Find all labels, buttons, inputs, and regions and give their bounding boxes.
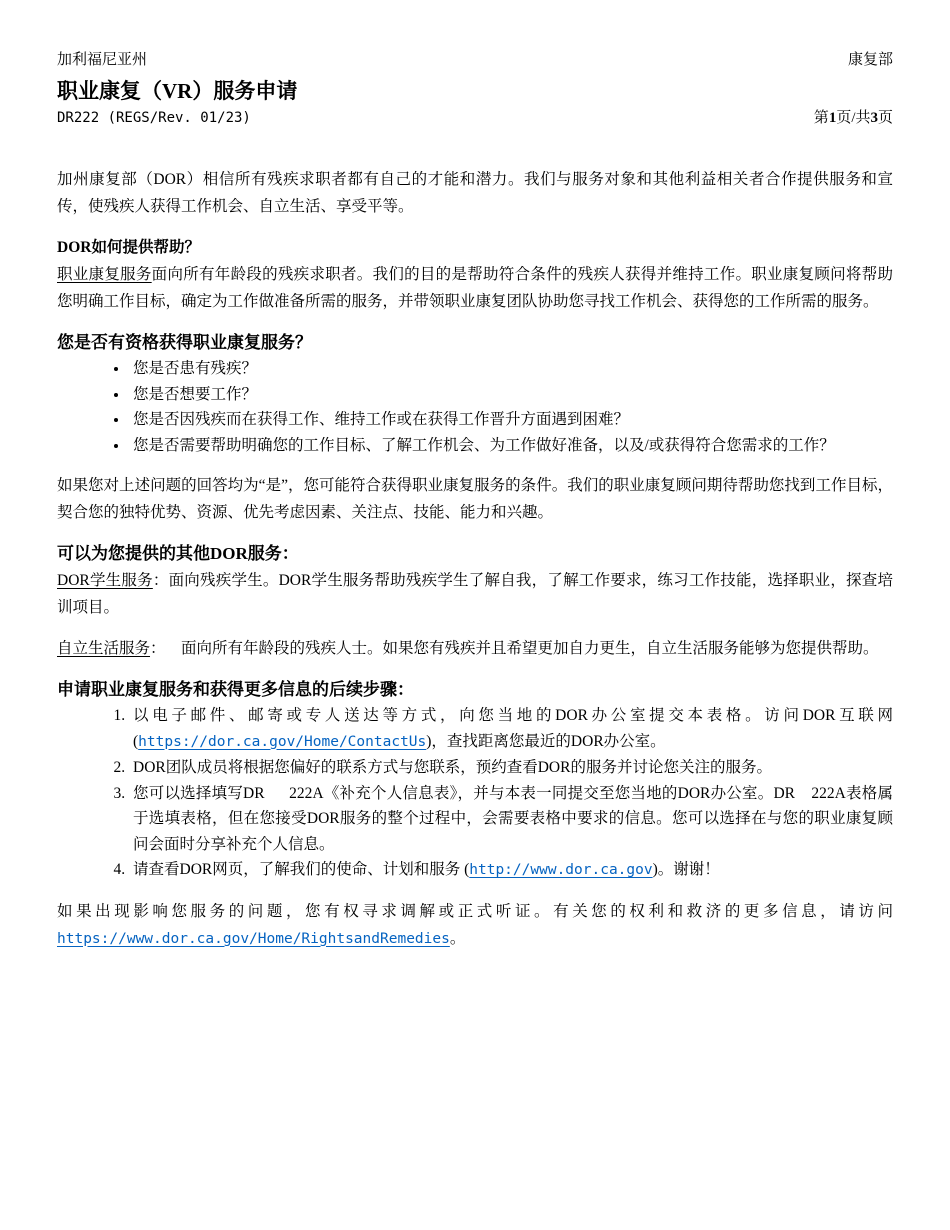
section-heading-next-steps: 申请职业康复服务和获得更多信息的后续步骤： [57, 676, 893, 703]
page-number: 第1页/共3页 [814, 108, 893, 128]
step1-text-post: )，查找距离您最近的DOR办公室。 [426, 733, 665, 750]
page-number-middle: 页/共 [836, 110, 870, 126]
header-top-row: 加利福尼亚州 康复部 [57, 50, 893, 70]
vr-services-underlined-term: 职业康复服务 [57, 266, 152, 283]
document-header: 加利福尼亚州 康复部 职业康复（VR）服务申请 DR222 (REGS/Rev.… [57, 50, 893, 128]
eligibility-note-paragraph: 如果您对上述问题的回答均为“是”，您可能符合获得职业康复服务的条件。我们的职业康… [57, 472, 893, 526]
list-item: 您是否患有残疾？ [129, 356, 893, 382]
contact-us-link[interactable]: https://dor.ca.gov/Home/ContactUs [138, 734, 426, 750]
document-page: 加利福尼亚州 康复部 职业康复（VR）服务申请 DR222 (REGS/Rev.… [0, 0, 950, 1230]
independent-living-colon: ： [150, 640, 166, 657]
list-item: 请查看DOR网页，了解我们的使命、计划和服务 (http://www.dor.c… [129, 857, 893, 884]
list-item: DOR团队成员将根据您偏好的联系方式与您联系，预约查看DOR的服务并讨论您关注的… [129, 755, 893, 781]
eligibility-question-list: 您是否患有残疾？ 您是否想要工作？ 您是否因残疾而在获得工作、维持工作或在获得工… [57, 356, 893, 458]
student-services-underlined-term: DOR学生服务 [57, 572, 153, 589]
how-dor-helps-text: 面向所有年龄段的残疾求职者。我们的目的是帮助符合条件的残疾人获得并维持工作。职业… [57, 266, 893, 310]
page-number-suffix: 页 [878, 110, 893, 126]
independent-living-paragraph: 自立生活服务： 面向所有年龄段的残疾人士。如果您有残疾并且希望更加自力更生，自立… [57, 635, 893, 662]
independent-living-underlined-term: 自立生活服务 [57, 640, 150, 657]
list-item: 您可以选择填写DR 222A《补充个人信息表》，并与本表一同提交至您当地的DOR… [129, 781, 893, 858]
department-name: 康复部 [848, 50, 893, 70]
header-meta-row: DR222 (REGS/Rev. 01/23) 第1页/共3页 [57, 108, 893, 128]
step4-text-post: )。谢谢！ [653, 861, 720, 878]
intro-paragraph: 加州康复部（DOR）相信所有残疾求职者都有自己的才能和潜力。我们与服务对象和其他… [57, 166, 893, 220]
list-item: 以电子邮件、邮寄或专人送达等方式，向您当地的DOR办公室提交本表格。访问DOR互… [129, 703, 893, 755]
rights-and-remedies-link[interactable]: https://www.dor.ca.gov/Home/RightsandRem… [57, 931, 450, 947]
rights-text-post: 。 [450, 930, 466, 947]
state-name: 加利福尼亚州 [57, 50, 147, 70]
section-heading-other-services: 可以为您提供的其他DOR服务： [57, 540, 893, 567]
page-number-prefix: 第 [814, 110, 829, 126]
next-steps-list: 以电子邮件、邮寄或专人送达等方式，向您当地的DOR办公室提交本表格。访问DOR互… [57, 703, 893, 884]
student-services-text: 面向残疾学生。DOR学生服务帮助残疾学生了解自我，了解工作要求，练习工作技能，选… [57, 572, 893, 616]
how-dor-helps-paragraph: 职业康复服务面向所有年龄段的残疾求职者。我们的目的是帮助符合条件的残疾人获得并维… [57, 261, 893, 315]
list-item: 您是否想要工作？ [129, 382, 893, 408]
rights-paragraph: 如果出现影响您服务的问题，您有权寻求调解或正式听证。有关您的权利和救济的更多信息… [57, 898, 893, 953]
student-services-colon: ： [153, 572, 169, 589]
list-item: 您是否因残疾而在获得工作、维持工作或在获得工作晋升方面遇到困难？ [129, 407, 893, 433]
section-heading-how-dor-helps: DOR如何提供帮助？ [57, 234, 893, 261]
form-number: DR222 (REGS/Rev. 01/23) [57, 108, 251, 128]
page-number-total: 3 [870, 110, 878, 126]
form-title: 职业康复（VR）服务申请 [57, 77, 893, 105]
student-services-paragraph: DOR学生服务：面向残疾学生。DOR学生服务帮助残疾学生了解自我，了解工作要求，… [57, 567, 893, 621]
rights-text-pre: 如果出现影响您服务的问题，您有权寻求调解或正式听证。有关您的权利和救济的更多信息… [57, 903, 893, 920]
step4-text-pre: 请查看DOR网页，了解我们的使命、计划和服务 ( [133, 861, 469, 878]
list-item: 您是否需要帮助明确您的工作目标、了解工作机会、为工作做好准备，以及/或获得符合您… [129, 433, 893, 459]
document-body: 加州康复部（DOR）相信所有残疾求职者都有自己的才能和潜力。我们与服务对象和其他… [57, 166, 893, 953]
independent-living-text: 面向所有年龄段的残疾人士。如果您有残疾并且希望更加自力更生，自立生活服务能够为您… [166, 640, 879, 657]
dor-homepage-link[interactable]: http://www.dor.ca.gov [469, 862, 652, 878]
section-heading-eligibility: 您是否有资格获得职业康复服务？ [57, 329, 893, 356]
